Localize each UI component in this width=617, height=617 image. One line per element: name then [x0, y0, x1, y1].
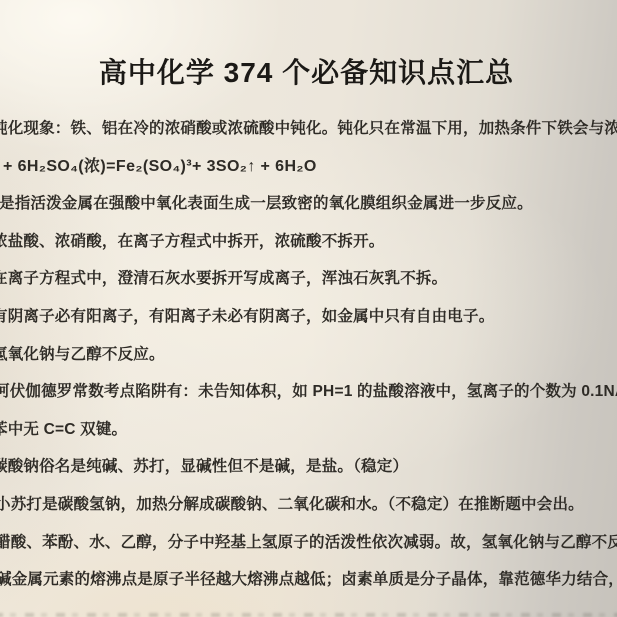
notes-list: 钝化现象：铁、铝在冷的浓硝酸或浓硫酸中钝化。钝化只在常温下用，加热条件下铁会与浓… — [0, 118, 617, 607]
note-line-baking-soda: 小苏打是碳酸氢钠，加热分解成碳酸钠、二氧化碳和水。（不稳定）在推断题中会出。 — [0, 494, 617, 532]
note-line-naoh-ethanol: 氢氧化钠与乙醇不反应。 — [0, 344, 617, 382]
note-line-avogadro: 阿伏伽德罗常数考点陷阱有：未告知体积，如 PH=1 的盐酸溶液中，氢离子的个数为… — [0, 381, 617, 419]
page-title: 高中化学 374 个必备知识点汇总 — [0, 57, 613, 89]
note-line-passivation: 钝化现象：铁、铝在冷的浓硝酸或浓硫酸中钝化。钝化只在常温下用，加热条件下铁会与浓… — [0, 118, 617, 156]
note-line-limewater: 在离子方程式中，澄清石灰水要拆开写成离子，浑浊石灰乳不拆。 — [0, 268, 617, 306]
document-page: 高中化学 374 个必备知识点汇总 钝化现象：铁、铝在冷的浓硝酸或浓硫酸中钝化。… — [0, 0, 617, 617]
note-line-strong-acids: 浓盐酸、浓硝酸，在离子方程式中拆开，浓硫酸不拆开。 — [0, 231, 617, 269]
note-line-oxide-film: 是指活泼金属在强酸中氧化表面生成一层致密的氧化膜组织金属进一步反应。 — [0, 193, 617, 231]
note-line-hydroxyl-activity: 醋酸、苯酚、水、乙醇，分子中羟基上氢原子的活泼性依次减弱。故，氢氧化钠与乙醇不反 — [0, 532, 617, 570]
note-line-melting-points: 碱金属元素的熔沸点是原子半径越大熔沸点越低；卤素单质是分子晶体，靠范德华力结合， — [0, 569, 617, 607]
note-line-equation: + 6H₂SO₄(浓)=Fe₂(SO₄)³+ 3SO₂↑ + 6H₂O — [3, 156, 617, 194]
note-line-ions: 有阴离子必有阳离子，有阳离子未必有阴离子，如金属中只有自由电子。 — [0, 306, 617, 344]
note-line-benzene: 苯中无 C=C 双键。 — [0, 419, 617, 457]
note-line-soda: 碳酸钠俗名是纯碱、苏打，显碱性但不是碱，是盐。（稳定） — [0, 456, 617, 494]
clipped-next-line-top — [0, 613, 617, 617]
